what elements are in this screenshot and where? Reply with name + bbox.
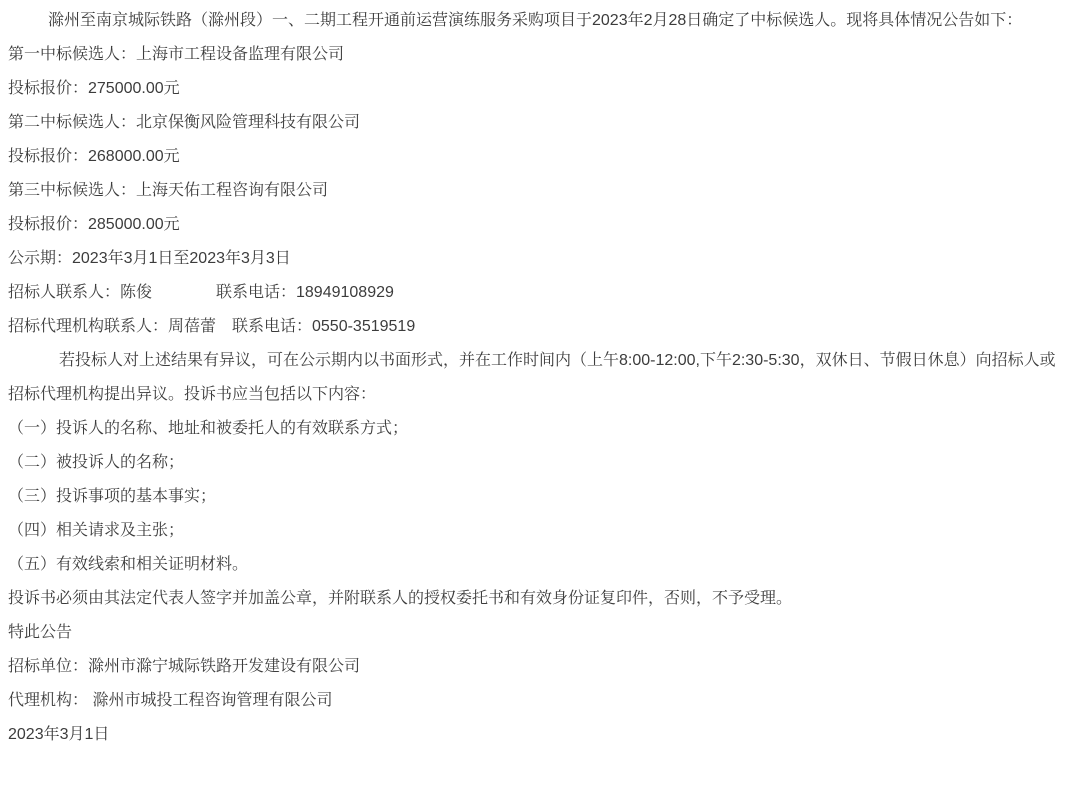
complaint-items-list: （一）投诉人的名称、地址和被委托人的有效联系方式； （二）被投诉人的名称； （三… (8, 412, 1056, 582)
closing-line: 特此公告 (8, 616, 1056, 650)
complaint-item-2: （二）被投诉人的名称； (8, 446, 1056, 480)
candidate-1-name-line: 第一中标候选人：上海市工程设备监理有限公司 (8, 38, 1056, 72)
intro-paragraph: 滁州至南京城际铁路（滁州段）一、二期工程开通前运营演练服务采购项目于2023年2… (8, 4, 1056, 38)
agency-unit-line: 代理机构： 滁州市城投工程咨询管理有限公司 (8, 684, 1056, 718)
objection-instructions-paragraph: 若投标人对上述结果有异议，可在公示期内以书面形式，并在工作时间内（上午8:00-… (8, 344, 1056, 412)
requirement-paragraph: 投诉书必须由其法定代表人签字并加盖公章，并附联系人的授权委托书和有效身份证复印件… (8, 582, 1056, 616)
tenderer-contact-line: 招标人联系人：陈俊 联系电话：18949108929 (8, 276, 1056, 310)
bid-winner-announcement-document: 滁州至南京城际铁路（滁州段）一、二期工程开通前运营演练服务采购项目于2023年2… (0, 0, 1066, 807)
candidate-2-name-line: 第二中标候选人：北京保衡风险管理科技有限公司 (8, 106, 1056, 140)
candidate-1-price-line: 投标报价：275000.00元 (8, 72, 1056, 106)
complaint-item-1: （一）投诉人的名称、地址和被委托人的有效联系方式； (8, 412, 1056, 446)
complaint-item-4: （四）相关请求及主张； (8, 514, 1056, 548)
signature-block: 招标单位：滁州市滁宁城际铁路开发建设有限公司 代理机构： 滁州市城投工程咨询管理… (8, 650, 1056, 752)
candidate-3-name-line: 第三中标候选人：上海天佑工程咨询有限公司 (8, 174, 1056, 208)
candidate-3-price-line: 投标报价：285000.00元 (8, 208, 1056, 242)
announcement-date-line: 2023年3月1日 (8, 718, 1056, 752)
candidate-2-price-line: 投标报价：268000.00元 (8, 140, 1056, 174)
complaint-item-5: （五）有效线索和相关证明材料。 (8, 548, 1056, 582)
publicity-period-line: 公示期：2023年3月1日至2023年3月3日 (8, 242, 1056, 276)
candidates-section: 第一中标候选人：上海市工程设备监理有限公司 投标报价：275000.00元 第二… (8, 38, 1056, 242)
agency-contact-line: 招标代理机构联系人：周蓓蕾 联系电话：0550-3519519 (8, 310, 1056, 344)
tender-unit-line: 招标单位：滁州市滁宁城际铁路开发建设有限公司 (8, 650, 1056, 684)
complaint-item-3: （三）投诉事项的基本事实； (8, 480, 1056, 514)
